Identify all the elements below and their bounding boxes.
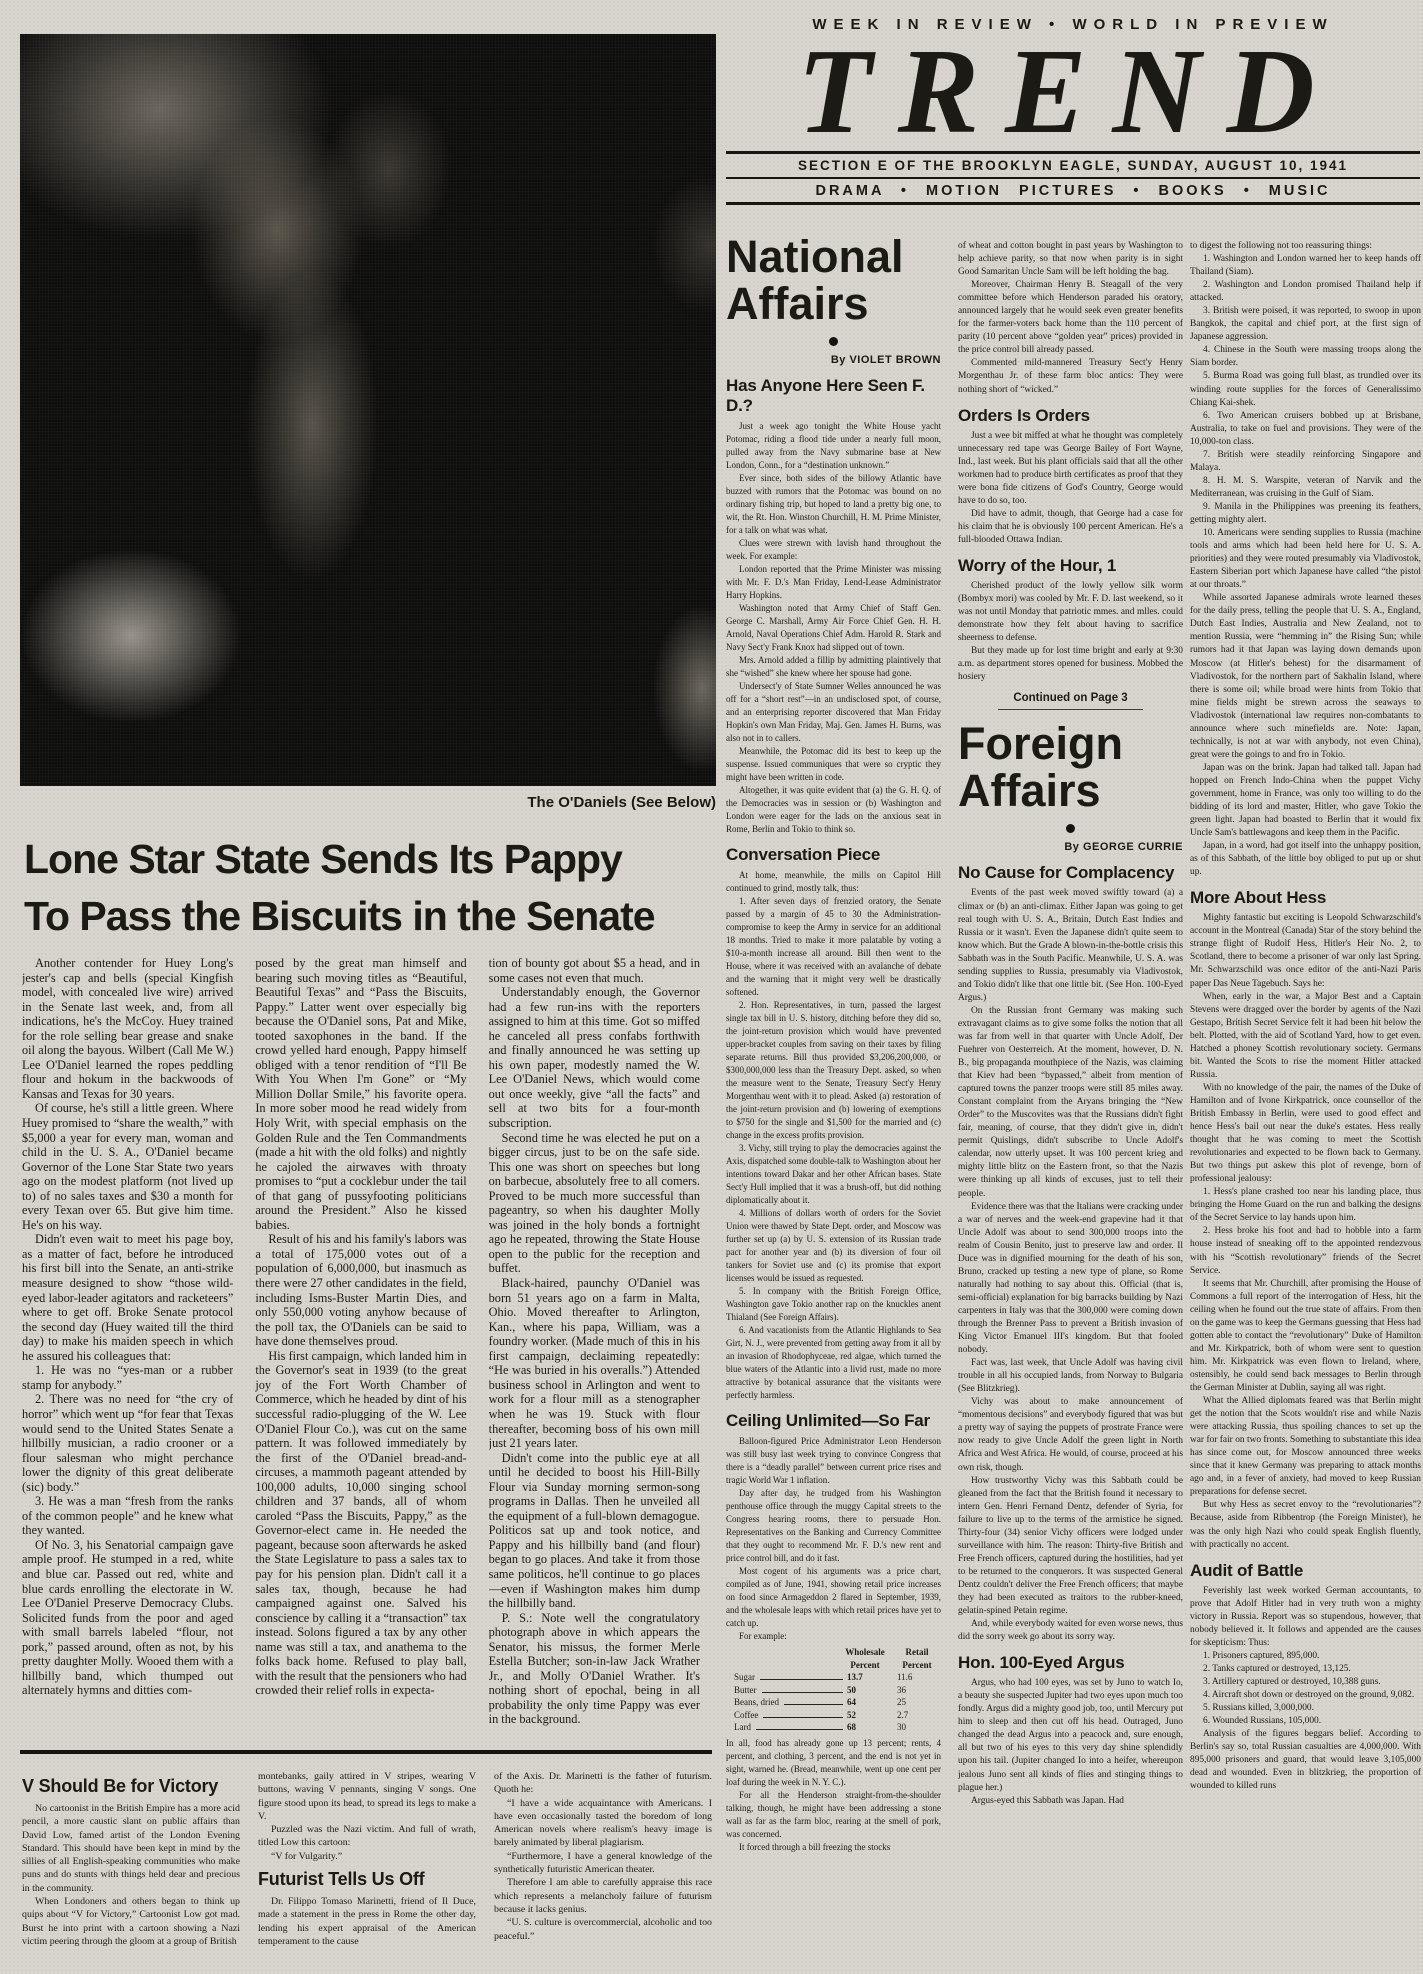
paragraph: At home, meanwhile, the mills on Capitol… <box>726 869 941 895</box>
paragraph: Analysis of the figures beggars belief. … <box>1190 1728 1421 1793</box>
paragraph: 3. Vichy, still trying to play the democ… <box>726 1142 941 1207</box>
wholesale-value: 64 <box>847 1696 897 1709</box>
parity-continuation-text: of wheat and cotton bought in past years… <box>958 240 1183 397</box>
paragraph: Cherished product of the lowly yellow si… <box>958 580 1183 645</box>
lead-headline: Lone Star State Sends Its Pappy To Pass … <box>24 831 716 945</box>
paragraph: 5. Russians killed, 3,000,000. <box>1190 1702 1421 1715</box>
wholesale-value: 68 <box>847 1721 897 1734</box>
national-affairs-title-line1: National <box>726 233 941 280</box>
paragraph: Second time he was elected he put on a b… <box>489 1131 700 1276</box>
paragraph: “Furthermore, I have a general knowledge… <box>494 1850 712 1877</box>
price-table: Wholesale Percent Retail Percent Sugar 1… <box>734 1646 941 1734</box>
paragraph: 3. British were poised, it was reported,… <box>1190 305 1421 344</box>
masthead-title: TREND <box>718 33 1420 151</box>
paragraph: With no knowledge of the pair, the names… <box>1190 1082 1421 1186</box>
paragraph: 4. Millions of dollars worth of orders f… <box>726 1207 941 1285</box>
right-column: to digest the following not too reassuri… <box>1190 240 1421 1974</box>
paragraph: His first campaign, which landed him in … <box>255 1349 466 1698</box>
wholesale-value: 13.7 <box>847 1671 897 1684</box>
paragraph: And, while everybody waited for even wor… <box>958 1618 1183 1644</box>
photo-caption: The O'Daniels (See Below) <box>20 794 716 811</box>
no-cause-text: Events of the past week moved swiftly to… <box>958 887 1183 1644</box>
paragraph: 1. He was no “yes-man or a rubber stamp … <box>22 1363 233 1392</box>
paragraph: Clues were strewn with lavish hand throu… <box>726 537 941 563</box>
national-affairs-title: National Affairs <box>726 233 941 327</box>
paragraph: Feverishly last week worked German accou… <box>1190 1585 1421 1650</box>
japan-watchlist-text: to digest the following not too reassuri… <box>1190 240 1421 879</box>
paragraph: 1. Prisoners captured, 895,000. <box>1190 1650 1421 1663</box>
orders-is-orders-text: Just a wee bit miffed at what he thought… <box>958 430 1183 547</box>
paragraph: 1. After seven days of frenzied oratory,… <box>726 895 941 999</box>
futurist-continuation: of the Axis. Dr. Marinetti is the father… <box>494 1770 712 1943</box>
paragraph: For all the Henderson straight-from-the-… <box>726 1789 941 1841</box>
v-victory-headline: V Should Be for Victory <box>22 1776 240 1796</box>
paragraph: 2. Tanks captured or destroyed, 13,125. <box>1190 1663 1421 1676</box>
paragraph: When, early in the war, a Major Best and… <box>1190 991 1421 1082</box>
paragraph: Another contender for Huey Long's jester… <box>22 956 233 1101</box>
retail-value: 11.6 <box>897 1671 941 1684</box>
audit-of-battle-headline: Audit of Battle <box>1190 1561 1421 1581</box>
audit-of-battle-text: Feverishly last week worked German accou… <box>1190 1585 1421 1794</box>
v-victory-continuation: montebanks, gaily attired in V stripes, … <box>258 1770 476 1863</box>
retail-value: 25 <box>897 1696 941 1709</box>
paragraph: 3. He was a man “fresh from the ranks of… <box>22 1494 233 1538</box>
paragraph: of wheat and cotton bought in past years… <box>958 240 1183 279</box>
foreign-affairs-title-line2: Affairs <box>958 767 1183 814</box>
paragraph: Washington noted that Army Chief of Staf… <box>726 602 941 654</box>
paragraph: P. S.: Note well the congratulatory phot… <box>489 1611 700 1727</box>
lead-column-2: posed by the great man himself and beari… <box>255 956 466 1748</box>
paragraph: 4. Chinese in the South were massing tro… <box>1190 344 1421 370</box>
ceiling-unlimited-headline: Ceiling Unlimited—So Far <box>726 1411 941 1431</box>
paragraph: Mrs. Arnold added a fillip by admitting … <box>726 654 941 680</box>
lead-column-3: tion of bounty got about $5 a head, and … <box>489 956 700 1748</box>
paragraph: Altogether, it was quite evident that (a… <box>726 784 941 836</box>
paragraph: In all, food has already gone up 13 perc… <box>726 1737 941 1789</box>
foreign-affairs-title-line1: Foreign <box>958 720 1183 767</box>
argus-text: Argus, who had 100 eyes, was set by Juno… <box>958 1677 1183 1807</box>
paragraph: Vichy was about to make announcement of … <box>958 1396 1183 1474</box>
paragraph: While assorted Japanese admirals wrote l… <box>1190 592 1421 762</box>
conversation-piece-headline: Conversation Piece <box>726 845 941 865</box>
paragraph: Just a week ago tonight the White House … <box>726 420 941 472</box>
paragraph: 8. H. M. S. Warspite, veteran of Narvik … <box>1190 475 1421 501</box>
argus-headline: Hon. 100-Eyed Argus <box>958 1653 1183 1673</box>
paragraph: 6. Wounded Russians, 105,000. <box>1190 1715 1421 1728</box>
paragraph: 5. Burma Road was going full blast, as t… <box>1190 370 1421 409</box>
table-row: Beans, dried 64 25 <box>734 1696 941 1709</box>
masthead: WEEK IN REVIEW • WORLD IN PREVIEW TREND … <box>726 16 1420 205</box>
violet-brown-byline: By VIOLET BROWN <box>726 354 941 367</box>
conversation-piece-text: At home, meanwhile, the mills on Capitol… <box>726 869 941 1402</box>
lead-column-1: Another contender for Huey Long's jester… <box>22 956 233 1748</box>
paragraph: London reported that the Prime Minister … <box>726 563 941 602</box>
wholesale-value: 52 <box>847 1709 897 1722</box>
price-table-header: Wholesale Percent Retail Percent <box>734 1646 941 1671</box>
paragraph: to digest the following not too reassuri… <box>1190 240 1421 253</box>
middle-column: of wheat and cotton bought in past years… <box>958 240 1183 1974</box>
paragraph: tion of bounty got about $5 a head, and … <box>489 956 700 985</box>
no-cause-headline: No Cause for Complacency <box>958 863 1183 883</box>
ceiling-unlimited-text-2: In all, food has already gone up 13 perc… <box>726 1737 941 1854</box>
paragraph: posed by the great man himself and beari… <box>255 956 466 1232</box>
masthead-departments: DRAMA • MOTION PICTURES • BOOKS • MUSIC <box>726 179 1420 202</box>
paragraph: For example: <box>726 1630 941 1643</box>
item-label: Sugar <box>734 1671 758 1684</box>
futurist-text: Dr. Filippo Tomaso Marinetti, friend of … <box>258 1895 476 1948</box>
paragraph: Puzzled was the Nazi victim. And full of… <box>258 1823 476 1850</box>
paragraph: 2. Hon. Representatives, in turn, passed… <box>726 999 941 1142</box>
paragraph: On the Russian front Germany was making … <box>958 1005 1183 1201</box>
paragraph: 6. And vacationists from the Atlantic Hi… <box>726 1324 941 1402</box>
paragraph: Mighty fantastic but exciting is Leopold… <box>1190 912 1421 990</box>
lead-headline-line1: Lone Star State Sends Its Pappy <box>24 831 716 888</box>
more-about-hess-headline: More About Hess <box>1190 888 1421 908</box>
paragraph: Balloon-figured Price Administrator Leon… <box>726 1435 941 1487</box>
lead-story: Another contender for Huey Long's jester… <box>22 956 700 1748</box>
paragraph: It forced through a bill freezing the st… <box>726 1841 941 1854</box>
paragraph: 2. Washington and London promised Thaila… <box>1190 279 1421 305</box>
has-anyone-headline: Has Anyone Here Seen F. D.? <box>726 376 941 416</box>
paragraph: Meanwhile, the Potomac did its best to k… <box>726 745 941 784</box>
more-about-hess-text: Mighty fantastic but exciting is Leopold… <box>1190 912 1421 1551</box>
paragraph: Of course, he's still a little green. Wh… <box>22 1101 233 1232</box>
retail-value: 36 <box>897 1684 941 1697</box>
paragraph: 9. Manila in the Philippines was preenin… <box>1190 501 1421 527</box>
item-label: Butter <box>734 1684 760 1697</box>
item-label: Lard <box>734 1721 754 1734</box>
table-row: Coffee 52 2.7 <box>734 1709 941 1722</box>
ceiling-unlimited-text: Balloon-figured Price Administrator Leon… <box>726 1435 941 1643</box>
paragraph: Ever since, both sides of the billowy At… <box>726 472 941 537</box>
paragraph: Moreover, Chairman Henry B. Steagall of … <box>958 279 1183 357</box>
paragraph: But why Hess as secret envoy to the “rev… <box>1190 1499 1421 1551</box>
paragraph: Therefore I am able to carefully apprais… <box>494 1876 712 1916</box>
george-currie-byline: By GEORGE CURRIE <box>958 841 1183 854</box>
paragraph: “V for Vulgarity.” <box>258 1850 476 1863</box>
paragraph: Understandably enough, the Governor had … <box>489 985 700 1130</box>
national-affairs-title-line2: Affairs <box>726 280 941 327</box>
paragraph: 2. There was no need for “the cry of hor… <box>22 1392 233 1494</box>
paragraph: 10. Americans were sending supplies to R… <box>1190 527 1421 592</box>
paragraph: 1. Hess's plane crashed too near his lan… <box>1190 1186 1421 1225</box>
paragraph: Black-haired, paunchy O'Daniel was born … <box>489 1276 700 1451</box>
paragraph: 2. Hess broke his foot and had to hobble… <box>1190 1225 1421 1277</box>
paragraph: Fact was, last week, that Uncle Adolf wa… <box>958 1357 1183 1396</box>
orders-is-orders-headline: Orders Is Orders <box>958 406 1183 426</box>
v-victory-section: V Should Be for Victory No cartoonist in… <box>22 1770 240 1970</box>
table-row: Butter 50 36 <box>734 1684 941 1697</box>
worry-of-the-hour-text: Cherished product of the lowly yellow si… <box>958 580 1183 684</box>
ornament-dot <box>829 337 838 346</box>
paragraph: “U. S. culture is overcommercial, alcoho… <box>494 1916 712 1943</box>
futurist-headline: Futurist Tells Us Off <box>258 1869 476 1889</box>
hairline-rule <box>998 709 1143 710</box>
has-anyone-text: Just a week ago tonight the White House … <box>726 420 941 836</box>
table-row: Lard 68 30 <box>734 1721 941 1734</box>
paragraph: Just a wee bit miffed at what he thought… <box>958 430 1183 508</box>
table-row: Sugar 13.7 11.6 <box>734 1671 941 1684</box>
paragraph: Most cogent of his arguments was a price… <box>726 1565 941 1630</box>
bottom-right-column: of the Axis. Dr. Marinetti is the father… <box>494 1770 712 1970</box>
national-affairs-column: National Affairs By VIOLET BROWN Has Any… <box>726 233 941 1974</box>
ornament-dot <box>1066 824 1075 833</box>
bottom-strip: V Should Be for Victory No cartoonist in… <box>22 1770 712 1970</box>
paragraph: 5. In company with the British Foreign O… <box>726 1285 941 1324</box>
paragraph: montebanks, gaily attired in V stripes, … <box>258 1770 476 1823</box>
retail-value: 2.7 <box>897 1709 941 1722</box>
retail-value: 30 <box>897 1721 941 1734</box>
lead-headline-line2: To Pass the Biscuits in the Senate <box>24 888 716 945</box>
item-label: Beans, dried <box>734 1696 782 1709</box>
paragraph: 7. British were steadily reinforcing Sin… <box>1190 449 1421 475</box>
paragraph: Undersect'y of State Sumner Welles annou… <box>726 680 941 745</box>
paragraph: Evidence there was that the Italians wer… <box>958 1201 1183 1358</box>
paragraph: 6. Two American cruisers bobbed up at Br… <box>1190 410 1421 449</box>
paragraph: Did have to admit, though, that George h… <box>958 508 1183 547</box>
paragraph: Didn't even wait to meet his page boy, a… <box>22 1232 233 1363</box>
paragraph: Didn't come into the public eye at all u… <box>489 1451 700 1611</box>
paragraph: 4. Aircraft shot down or destroyed on th… <box>1190 1689 1421 1702</box>
wholesale-column-header: Wholesale Percent <box>837 1646 893 1671</box>
paragraph: Japan was on the brink. Japan had talked… <box>1190 762 1421 840</box>
paragraph: No cartoonist in the British Empire has … <box>22 1802 240 1895</box>
paragraph: of the Axis. Dr. Marinetti is the father… <box>494 1770 712 1797</box>
paragraph: 1. Washington and London warned her to k… <box>1190 253 1421 279</box>
item-label: Coffee <box>734 1709 761 1722</box>
paragraph: Japan, in a word, had got itself into th… <box>1190 840 1421 879</box>
paragraph: Day after day, he trudged from his Washi… <box>726 1487 941 1565</box>
paragraph: Argus-eyed this Sabbath was Japan. Had <box>958 1795 1183 1808</box>
paragraph: When Londoners and others began to think… <box>22 1895 240 1948</box>
continued-notice: Continued on Page 3 <box>958 692 1183 705</box>
masthead-section-line: SECTION E OF THE BROOKLYN EAGLE, SUNDAY,… <box>726 154 1420 175</box>
paragraph: Result of his and his family's labors wa… <box>255 1232 466 1348</box>
paragraph: Events of the past week moved swiftly to… <box>958 887 1183 1004</box>
masthead-rule <box>726 202 1420 205</box>
paragraph: Dr. Filippo Tomaso Marinetti, friend of … <box>258 1895 476 1948</box>
newspaper-page: The O'Daniels (See Below) WEEK IN REVIEW… <box>0 0 1423 1974</box>
paragraph: Commented mild-mannered Treasury Sect'y … <box>958 357 1183 396</box>
paragraph: But they made up for lost time bright an… <box>958 645 1183 684</box>
retail-column-header: Retail Percent <box>893 1646 941 1671</box>
odaniels-photo <box>20 34 716 786</box>
wholesale-value: 50 <box>847 1684 897 1697</box>
paragraph: How trustworthy Vichy was this Sabbath c… <box>958 1475 1183 1619</box>
foreign-affairs-title: Foreign Affairs <box>958 720 1183 814</box>
paragraph: “I have a wide acquaintance with America… <box>494 1797 712 1850</box>
bottom-middle-column: montebanks, gaily attired in V stripes, … <box>258 1770 476 1970</box>
v-victory-text: No cartoonist in the British Empire has … <box>22 1802 240 1948</box>
worry-of-the-hour-headline: Worry of the Hour, 1 <box>958 556 1183 576</box>
paragraph: It seems that Mr. Churchill, after promi… <box>1190 1278 1421 1395</box>
paragraph: 3. Artillery captured or destroyed, 10,3… <box>1190 1676 1421 1689</box>
paragraph: Argus, who had 100 eyes, was set by Juno… <box>958 1677 1183 1794</box>
section-divider-rule <box>20 1750 712 1754</box>
paragraph: Of No. 3, his Senatorial campaign gave a… <box>22 1538 233 1698</box>
paragraph: What the Allied diplomats feared was tha… <box>1190 1395 1421 1499</box>
